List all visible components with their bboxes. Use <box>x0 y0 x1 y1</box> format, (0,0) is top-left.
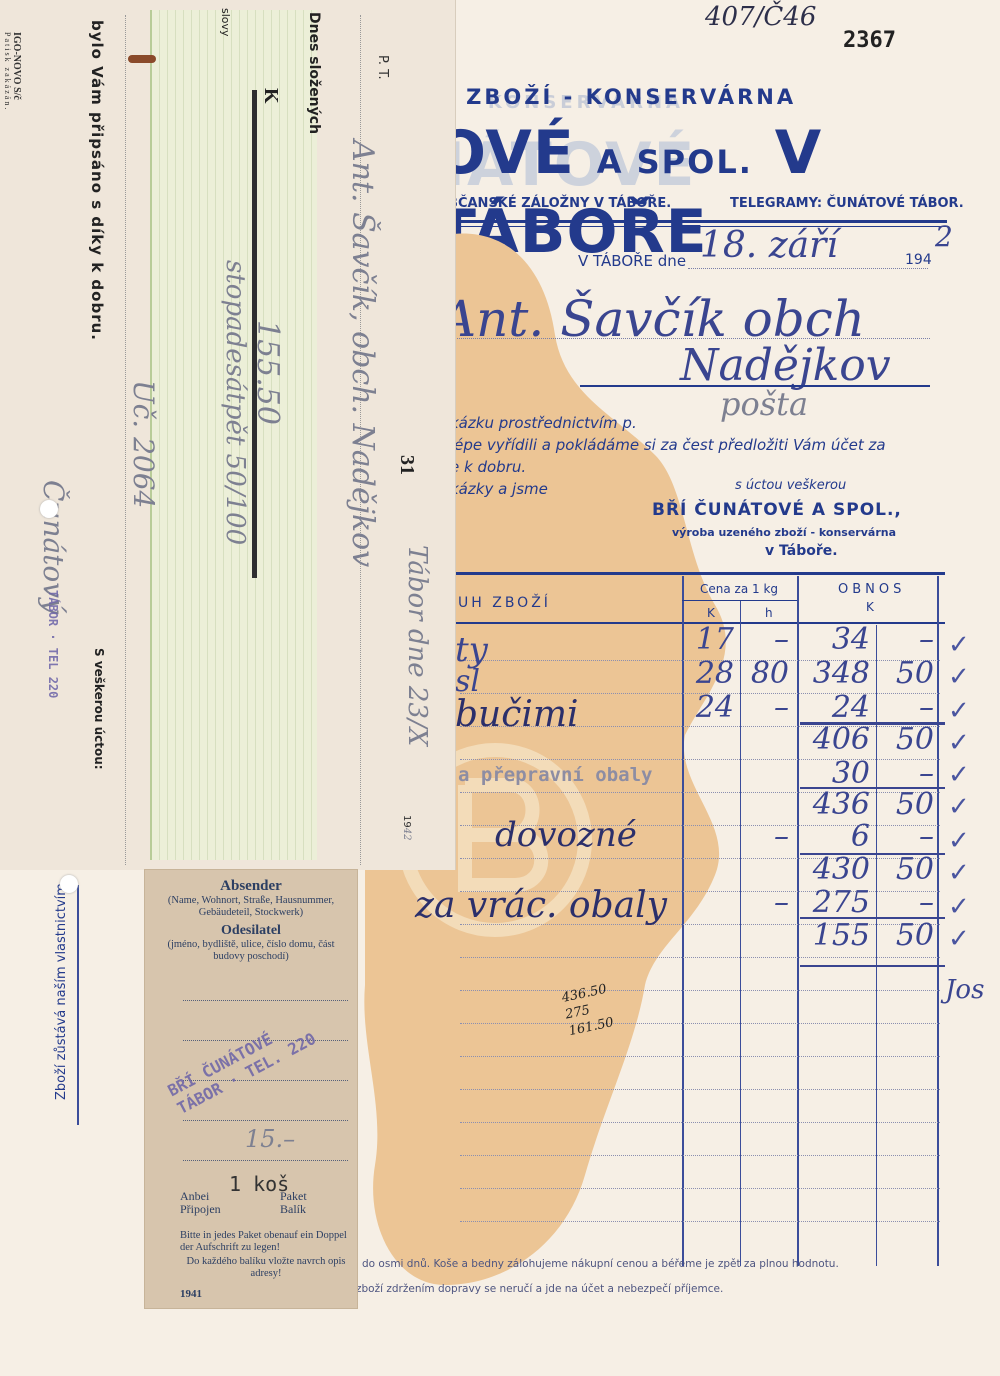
col-divider-5 <box>937 576 939 1266</box>
col-divider-1 <box>682 576 684 1266</box>
row-goods: bučimi <box>455 694 579 735</box>
row-amount-h: – <box>880 756 934 791</box>
year-hand: 42 <box>401 828 412 841</box>
row-amount-k: 348 <box>800 656 870 691</box>
header-amount-k: K <box>866 600 874 614</box>
punch-hole-icon <box>40 500 58 518</box>
total-rule <box>800 965 945 967</box>
odesilatel-sub: (jméno, bydliště, ulice, číslo domu, čás… <box>145 939 357 963</box>
letterhead-a-spol: A SPOL. <box>597 143 753 181</box>
row-price-k: 28 <box>690 656 734 691</box>
receipt-amount: 155.50 <box>250 320 285 425</box>
check-mark-icon: ✓ <box>948 662 970 692</box>
price-subheader-rule <box>682 600 797 601</box>
anbei-label: Anbei Připojen <box>180 1190 221 1216</box>
date-year-hand: 2 <box>935 220 953 253</box>
perforation <box>125 15 126 865</box>
receipt-thanks: bylo Vám připsáno s díky k dobru. <box>88 20 106 341</box>
currency-k: K <box>259 88 282 104</box>
header-amount: OBNOS <box>838 582 905 597</box>
row-line <box>460 990 940 991</box>
row-amount-h: – <box>880 885 934 920</box>
check-mark-icon: ✓ <box>948 924 970 954</box>
today-label: Dnes složených <box>306 12 322 134</box>
receipt-number: 31 <box>395 455 418 475</box>
row-amount-k: 24 <box>800 690 870 725</box>
row-line <box>460 1089 940 1090</box>
punch-hole-icon <box>60 875 78 893</box>
label-year: 1941 <box>180 1288 202 1300</box>
note-czech: Do každého balíku vložte navrch opis adr… <box>180 1256 352 1280</box>
total-amount-h: 50 <box>880 918 934 953</box>
initials: Jos <box>945 975 984 1005</box>
signature-sub: výroba uzeného zboží - konservárna <box>672 526 896 539</box>
body-line2: lépe vyřídili a pokládáme si za čest pře… <box>450 434 886 456</box>
receipt-amount-words: stopadesátpět 50/100 <box>220 260 250 545</box>
recipient-line2: Nadějkov <box>680 340 891 391</box>
row-amount-h: 50 <box>880 787 934 822</box>
letterhead-telegrams: TELEGRAMY: ČUNÁTOVÉ TÁBOR. <box>730 196 964 211</box>
row-line <box>460 1056 940 1057</box>
receipt-ref-hand: Uč. 2064 <box>127 380 160 508</box>
row-amount-h: 50 <box>880 722 934 757</box>
archive-stamp-number: 2367 <box>843 28 896 53</box>
row-line <box>460 1221 940 1222</box>
absender-sub: (Name, Wohnort, Straße, Hausnummer, Gebä… <box>145 895 357 919</box>
paket-label: Paket Balík <box>280 1190 307 1216</box>
row-amount-k: 430 <box>800 852 870 887</box>
header-price: Cena za 1 kg <box>700 582 778 596</box>
printer-name: IGO-NOVO S/č <box>11 32 22 100</box>
total-amount-k: 155 <box>800 918 870 953</box>
row-line <box>460 957 940 958</box>
col-divider-3 <box>797 576 799 1266</box>
address-line <box>183 1160 348 1161</box>
row-line <box>460 1023 940 1024</box>
year-prefix: 19 <box>401 815 412 828</box>
row-amount-h: 50 <box>880 852 934 887</box>
row-goods-typed: a přepravní obaly <box>458 764 652 786</box>
printer-note: Patisk zakázán. <box>3 32 12 111</box>
calc-note: 436.50 275 161.50 <box>560 981 615 1040</box>
row-price-h: – <box>745 622 789 657</box>
row-goods: dovozné <box>495 815 637 855</box>
address-line <box>183 1000 348 1001</box>
balik: Balík <box>280 1203 307 1216</box>
row-amount-k: 30 <box>800 756 870 791</box>
row-goods: za vrác. obaly <box>415 885 667 926</box>
row-price-k: 17 <box>690 622 734 657</box>
row-amount-h: – <box>880 690 934 725</box>
date-handwritten: 18. září <box>700 225 838 266</box>
slovy-label: slovy <box>219 8 232 37</box>
date-dotted-line <box>688 268 928 269</box>
absender-title: Absender <box>145 878 357 895</box>
table-top-rule <box>445 572 945 575</box>
header-price-h: h <box>765 606 773 620</box>
row-amount-h: 50 <box>880 656 934 691</box>
footer-line1: do osmi dnů. Koše a bedny zálohujeme nák… <box>362 1258 839 1270</box>
check-mark-icon: ✓ <box>948 696 970 726</box>
row-price-h: – <box>745 819 789 854</box>
body-line3: e k dobru. <box>450 456 886 478</box>
row-amount-k: 275 <box>800 885 870 920</box>
check-mark-icon: ✓ <box>948 826 970 856</box>
sender-stamp: BŘÍ ČUNÁTOVÉ TÁBOR · TEL. 220 <box>165 1011 320 1119</box>
odesilatel-title: Odesilatel <box>145 923 357 939</box>
col-divider-2 <box>740 600 741 1266</box>
recipient-dotted-line1 <box>440 338 930 339</box>
pt-label: P. T. <box>375 55 390 80</box>
pripojen: Připojen <box>180 1203 221 1216</box>
signature-city: v Táboře. <box>765 543 838 559</box>
date-prefix: V TÁBOŘE dne <box>578 252 686 270</box>
row-amount-k: 6 <box>800 819 870 854</box>
archive-ref: 407/Č46 <box>705 2 816 32</box>
row-price-h: – <box>745 885 789 920</box>
row-price-k: 24 <box>690 690 734 725</box>
side-rule <box>77 885 79 1125</box>
row-amount-k: 406 <box>800 722 870 757</box>
check-mark-icon: ✓ <box>948 858 970 888</box>
header-goods: UH ZBOŽÍ <box>458 595 551 611</box>
address-line <box>183 1120 348 1121</box>
receipt-stamp: TÁBOR · TEL 220 <box>46 590 60 698</box>
note-german: Bitte in jedes Paket obenauf ein Doppel … <box>180 1230 352 1254</box>
letterhead-bank: OBČANSKÉ ZÁLOŽNY V TÁBOŘE. <box>437 196 671 211</box>
body-line1: kázku prostřednictvím p. <box>450 412 886 434</box>
row-line <box>460 1188 940 1189</box>
signature-greeting: s úctou veškerou <box>735 478 846 493</box>
staple-icon <box>128 55 156 63</box>
letterhead-rule <box>435 220 947 223</box>
row-amount-h: – <box>880 622 934 657</box>
check-mark-icon: ✓ <box>948 728 970 758</box>
receipt-payer: Ant. Šavčík, obch. Nadějkov <box>345 140 380 567</box>
receipt-year: 1942 <box>401 815 412 840</box>
ownership-note: Zboží zůstává naším vlastnictvím <box>54 883 69 1100</box>
row-line <box>460 1122 940 1123</box>
row-line <box>460 1155 940 1156</box>
check-mark-icon: ✓ <box>948 792 970 822</box>
header-price-k: K <box>707 606 715 620</box>
letterhead-subtitle: O ZBOŽÍ - KONSERVÁRNA <box>435 85 796 109</box>
check-mark-icon: ✓ <box>948 892 970 922</box>
row-amount-k: 34 <box>800 622 870 657</box>
row-price-h: 80 <box>745 656 789 691</box>
check-mark-icon: ✓ <box>948 630 970 660</box>
receipt-place-date: Tábor dne 23/X <box>402 545 432 746</box>
label-hand-amount: 15.– <box>245 1125 295 1153</box>
signature-company: BŘÍ ČUNÁTOVÉ A SPOL., <box>652 500 902 520</box>
receipt-regards: S veškerou úctou: <box>92 648 106 770</box>
row-amount-k: 436 <box>800 787 870 822</box>
parcel-label: Absender (Name, Wohnort, Straße, Hausnum… <box>145 870 357 1308</box>
receipt-slip: IGO-NOVO S/č Patisk zakázán. bylo Vám př… <box>0 0 456 870</box>
check-mark-icon: ✓ <box>948 760 970 790</box>
footer-line2: zboží zdržením dopravy se neručí a jde n… <box>356 1283 723 1295</box>
row-price-h: – <box>745 690 789 725</box>
row-amount-h: – <box>880 819 934 854</box>
date-year: 194 <box>905 252 932 268</box>
